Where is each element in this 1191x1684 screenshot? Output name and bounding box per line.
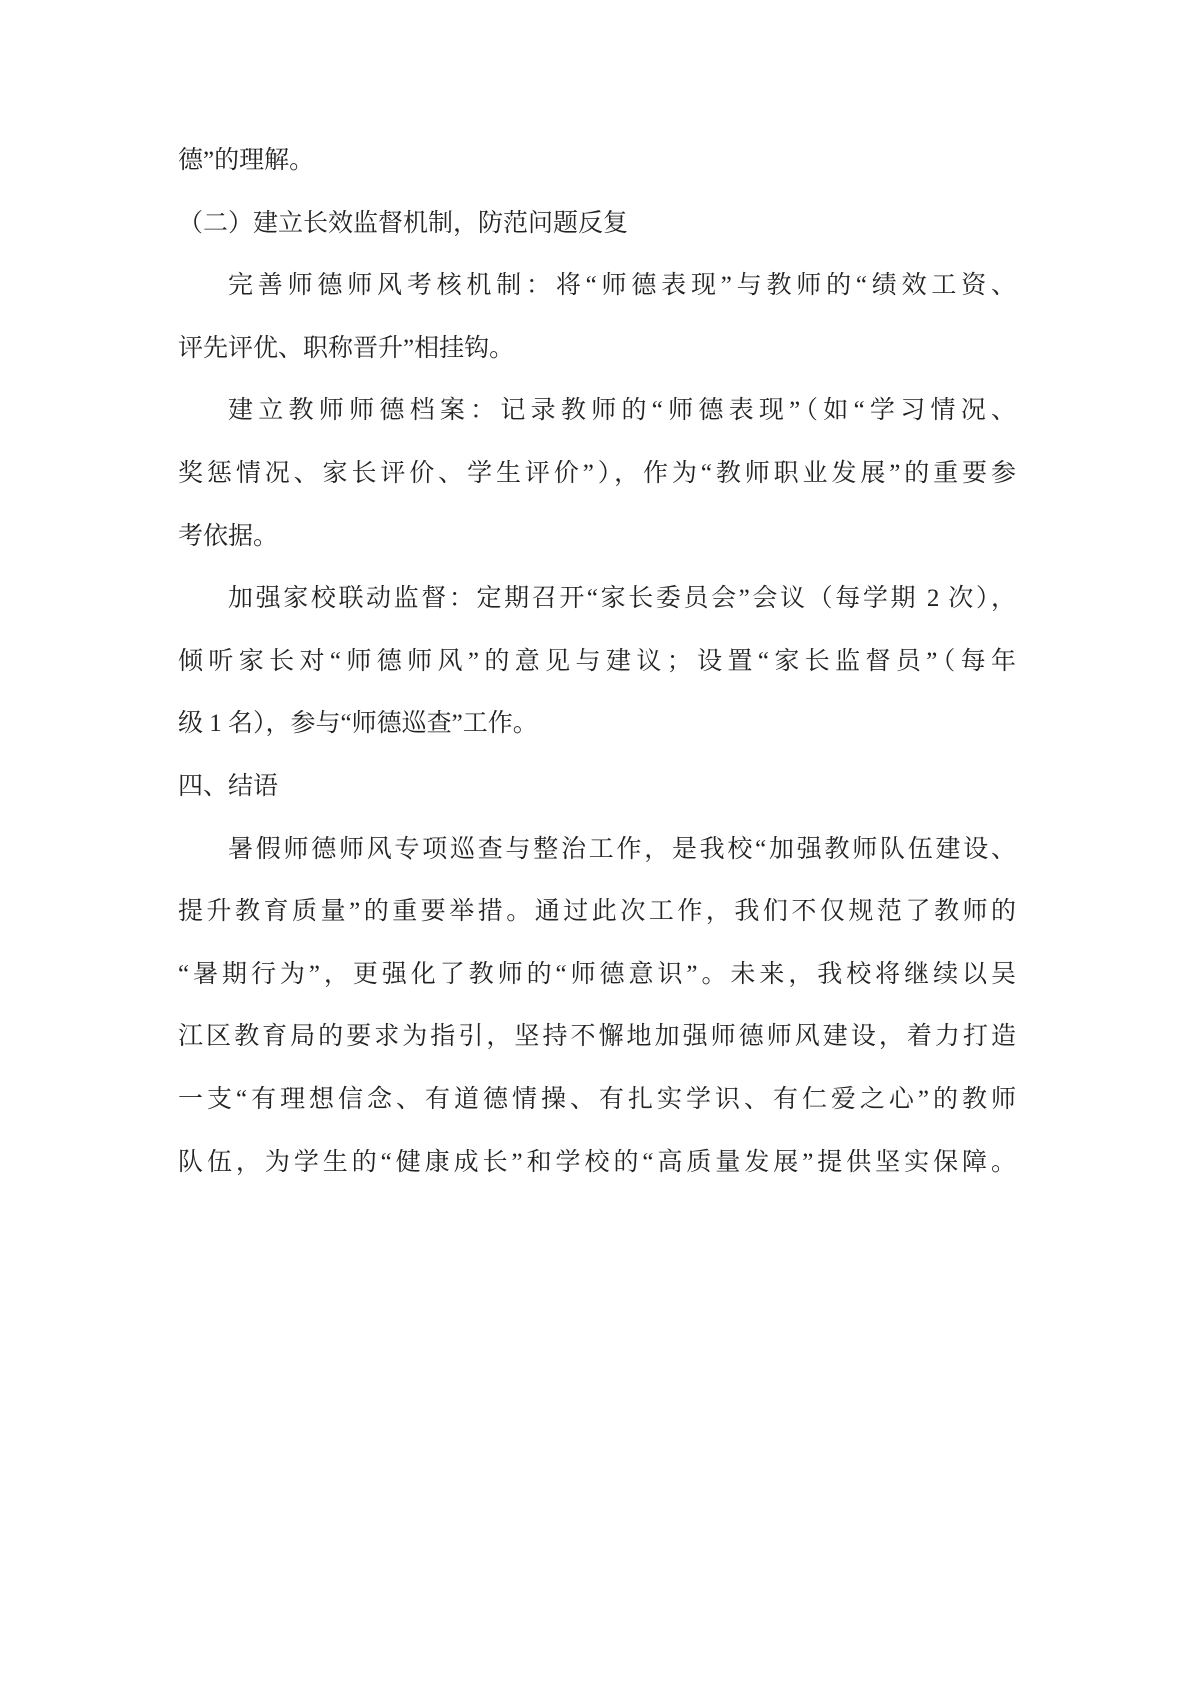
paragraph: 加强家校联动监督：定期召开“家长委员会”会议（每学期 2 次）， 倾听家长对“师… bbox=[178, 568, 1016, 756]
text-line: 江区教育局的要求为指引，坚持不懈地加强师德师风建设，着力打造 bbox=[178, 1006, 1016, 1069]
text-line: 队伍，为学生的“健康成长”和学校的“高质量发展”提供坚实保障。 bbox=[178, 1132, 1016, 1195]
text-line: 奖惩情况、家长评价、学生评价”），作为“教师职业发展”的重要参 bbox=[178, 443, 1016, 506]
text-line: 建立教师师德档案：记录教师的“师德表现”（如“学习情况、 bbox=[178, 380, 1016, 443]
section-heading: 四、结语 bbox=[178, 756, 1016, 819]
text-line: 四、结语 bbox=[178, 756, 1016, 819]
text-line: 倾听家长对“师德师风”的意见与建议；设置“家长监督员”（每年 bbox=[178, 631, 1016, 694]
text-line: 完善师德师风考核机制：将“师德表现”与教师的“绩效工资、 bbox=[178, 255, 1016, 318]
text-line: 提升教育质量”的重要举措。通过此次工作，我们不仅规范了教师的 bbox=[178, 881, 1016, 944]
document-page: 德”的理解。 （二）建立长效监督机制，防范问题反复 完善师德师风考核机制：将“师… bbox=[0, 0, 1191, 1684]
text-line: 级 1 名），参与“师德巡查”工作。 bbox=[178, 693, 1016, 756]
paragraph: 德”的理解。 bbox=[178, 130, 1016, 193]
text-line: （二）建立长效监督机制，防范问题反复 bbox=[178, 193, 1016, 256]
section-subheading: （二）建立长效监督机制，防范问题反复 bbox=[178, 193, 1016, 256]
text-line: 考依据。 bbox=[178, 506, 1016, 569]
paragraph: 建立教师师德档案：记录教师的“师德表现”（如“学习情况、 奖惩情况、家长评价、学… bbox=[178, 380, 1016, 568]
paragraph: 暑假师德师风专项巡查与整治工作，是我校“加强教师队伍建设、 提升教育质量”的重要… bbox=[178, 819, 1016, 1195]
text-line: 评先评优、职称晋升”相挂钩。 bbox=[178, 318, 1016, 381]
paragraph: 完善师德师风考核机制：将“师德表现”与教师的“绩效工资、 评先评优、职称晋升”相… bbox=[178, 255, 1016, 380]
text-line: 一支“有理想信念、有道德情操、有扎实学识、有仁爱之心”的教师 bbox=[178, 1069, 1016, 1132]
document-text-block: 德”的理解。 （二）建立长效监督机制，防范问题反复 完善师德师风考核机制：将“师… bbox=[178, 130, 1016, 1194]
text-line: 加强家校联动监督：定期召开“家长委员会”会议（每学期 2 次）， bbox=[178, 568, 1016, 631]
text-line: 德”的理解。 bbox=[178, 130, 1016, 193]
text-line: 暑假师德师风专项巡查与整治工作，是我校“加强教师队伍建设、 bbox=[178, 819, 1016, 882]
text-line: “暑期行为”，更强化了教师的“师德意识”。未来，我校将继续以吴 bbox=[178, 944, 1016, 1007]
